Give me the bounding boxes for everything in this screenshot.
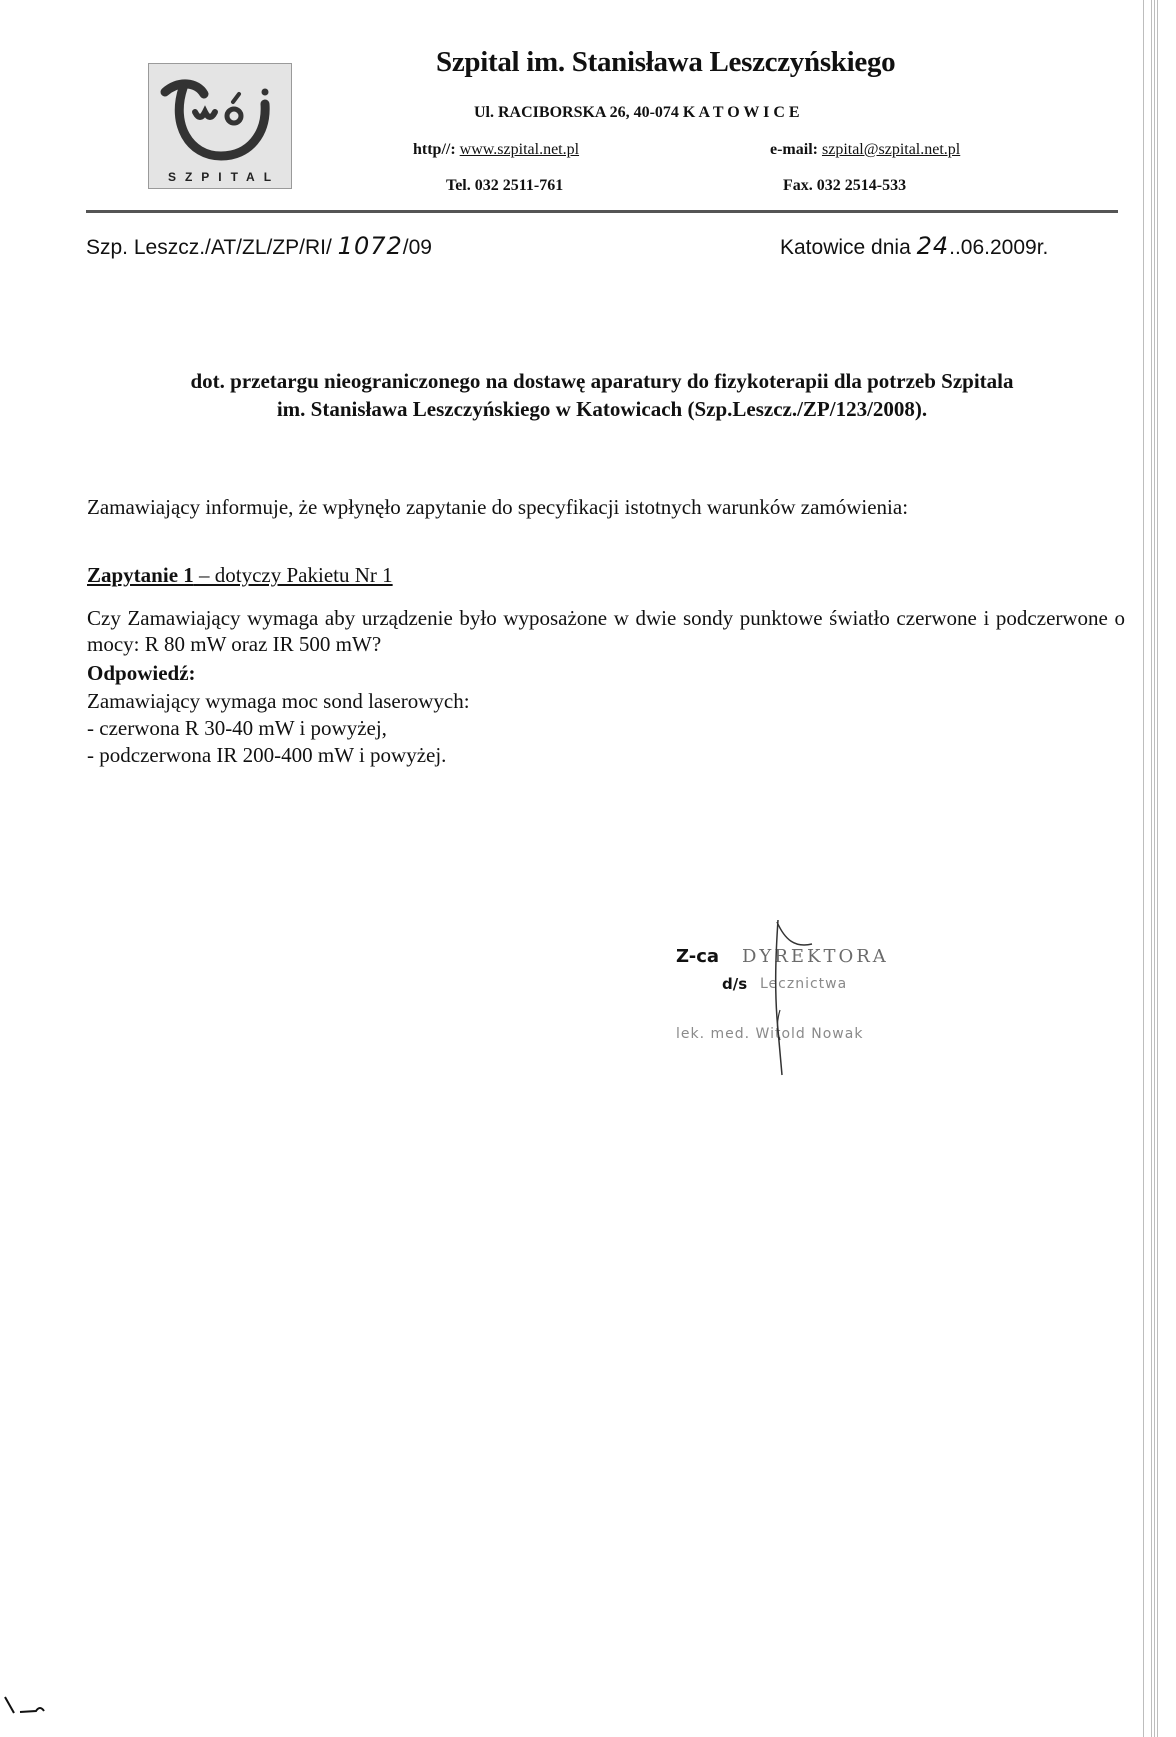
handwritten-number: 1072 bbox=[338, 232, 403, 260]
website-label: http//: bbox=[413, 141, 456, 158]
hospital-logo: SZPITAL bbox=[148, 63, 292, 189]
website-link[interactable]: www.szpital.net.pl bbox=[460, 141, 579, 158]
handwritten-signature-icon bbox=[650, 910, 950, 1080]
subject-line-2: im. Stanisława Leszczyńskiego w Katowica… bbox=[86, 395, 1118, 423]
answer-text: Zamawiający wymaga moc sond laserowych: … bbox=[87, 688, 470, 769]
logo-word: SZPITAL bbox=[149, 170, 291, 184]
answer-line: - podczerwona IR 200-400 mW i powyżej. bbox=[87, 742, 470, 769]
handwritten-day: 24 bbox=[917, 232, 950, 260]
letter-subject: dot. przetargu nieograniczonego na dosta… bbox=[86, 367, 1118, 423]
email-link[interactable]: szpital@szpital.net.pl bbox=[822, 141, 960, 158]
hospital-address: Ul. RACIBORSKA 26, 40-074 K A T O W I C … bbox=[474, 104, 800, 122]
question-number: Zapytanie 1 bbox=[87, 563, 194, 587]
fax: Fax. 032 2514-533 bbox=[783, 177, 906, 195]
question-text: Czy Zamawiający wymaga aby urządzenie by… bbox=[87, 605, 1125, 657]
reference-number: Szp. Leszcz./AT/ZL/ZP/RI/ 1072/09 bbox=[86, 232, 432, 260]
email-label: e-mail: bbox=[770, 141, 818, 158]
answer-line: - czerwona R 30-40 mW i powyżej, bbox=[87, 715, 470, 742]
question-heading: Zapytanie 1 – dotyczy Pakietu Nr 1 bbox=[87, 563, 393, 588]
telephone: Tel. 032 2511-761 bbox=[446, 177, 563, 195]
date-suffix: ..06.2009r. bbox=[949, 236, 1048, 259]
subject-line-1: dot. przetargu nieograniczonego na dosta… bbox=[86, 367, 1118, 395]
website-line: http//: www.szpital.net.pl bbox=[413, 141, 579, 159]
signature-stamp: Z-ca DYREKTORA d/s Lecznictwa lek. med. … bbox=[650, 910, 950, 1080]
date-prefix: Katowice dnia bbox=[780, 236, 917, 259]
email-line: e-mail: szpital@szpital.net.pl bbox=[770, 141, 960, 159]
answer-line: Zamawiający wymaga moc sond laserowych: bbox=[87, 688, 470, 715]
scanner-edge-lines bbox=[1143, 0, 1163, 1737]
header-divider bbox=[86, 210, 1118, 213]
answer-label: Odpowiedź: bbox=[87, 661, 196, 686]
reference-suffix: /09 bbox=[403, 236, 432, 259]
hospital-name: Szpital im. Stanisława Leszczyńskiego bbox=[436, 46, 895, 79]
corner-pen-mark-icon bbox=[0, 1695, 60, 1725]
intro-paragraph: Zamawiający informuje, że wpłynęło zapyt… bbox=[87, 495, 908, 520]
letter-date: Katowice dnia 24..06.2009r. bbox=[780, 232, 1048, 260]
reference-prefix: Szp. Leszcz./AT/ZL/ZP/RI/ bbox=[86, 236, 338, 259]
question-scope: – dotyczy Pakietu Nr 1 bbox=[194, 563, 393, 587]
